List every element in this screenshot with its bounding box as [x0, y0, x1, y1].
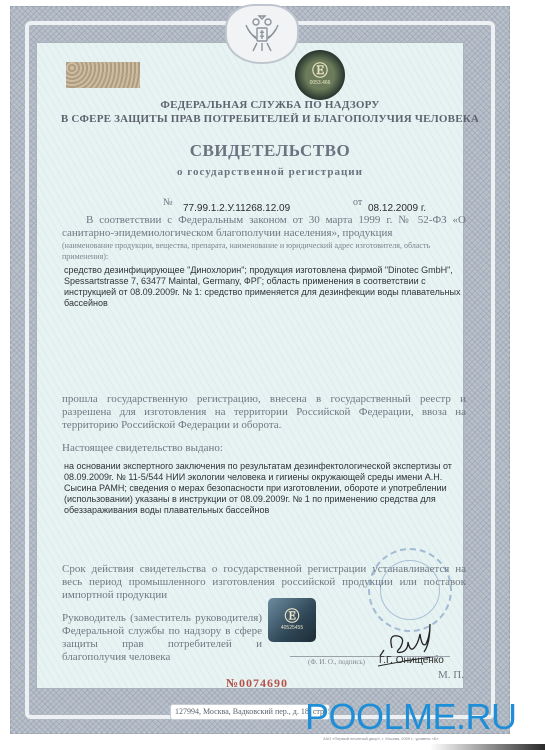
issued-basis: на основании экспертного заключения по р…: [64, 461, 464, 516]
number-label: №: [163, 197, 173, 208]
hologram-strip: [66, 62, 140, 88]
validity-statement: Срок действия свидетельства о государств…: [62, 563, 466, 602]
registration-date: 08.12.2009 г.: [368, 203, 426, 214]
serial-number: №0074690: [226, 676, 288, 691]
product-description: средство дезинфицирующее "Динохлорин"; п…: [64, 265, 464, 309]
signatory-name: Г.Г. Онищенко: [379, 655, 444, 666]
certificate-subtitle: о государственной регистрации: [40, 166, 500, 178]
issued-label: Настоящее свидетельство выдано:: [62, 442, 466, 455]
emblem-plate: [225, 4, 299, 64]
agency-line-2: В СФЕРЕ ЗАЩИТЫ ПРАВ ПОТРЕБИТЕЛЕЙ И БЛАГО…: [40, 112, 500, 126]
hologram-seal: Ⓔ 0053.466: [295, 50, 345, 100]
hologram-code: 0053.466: [310, 80, 331, 86]
registration-statement: прошла государственную регистрацию, внес…: [62, 393, 466, 432]
product-field-note: (наименование продукции, вещества, препа…: [62, 240, 466, 262]
law-reference: В соответствии с Федеральным законом от …: [62, 214, 466, 240]
certificate-title: СВИДЕТЕЛЬСТВО: [40, 141, 500, 161]
agency-line-1: ФЕДЕРАЛЬНАЯ СЛУЖБА ПО НАДЗОРУ: [40, 98, 500, 112]
registration-number: 77.99.1.2.У.11268.12.09: [183, 203, 290, 214]
signature-caption: (Ф. И. О., подпись): [308, 658, 365, 666]
agency-heading: ФЕДЕРАЛЬНАЯ СЛУЖБА ПО НАДЗОРУ В СФЕРЕ ЗА…: [40, 98, 500, 126]
head-title: Руководитель (заместитель руководителя) …: [62, 612, 262, 664]
hologram-logo-icon: Ⓔ: [312, 64, 328, 80]
date-label: от: [353, 197, 362, 208]
hologram-sticker-code: 40525455: [281, 625, 303, 631]
site-watermark: POOLME.RU: [305, 697, 517, 737]
hologram-logo-icon: Ⓔ: [284, 609, 299, 625]
hologram-sticker: Ⓔ 40525455: [268, 598, 316, 642]
double-headed-eagle-emblem-icon: [242, 13, 282, 55]
scan-edge-shadow: [430, 744, 545, 750]
stamp-place-label: М. П.: [438, 669, 464, 681]
